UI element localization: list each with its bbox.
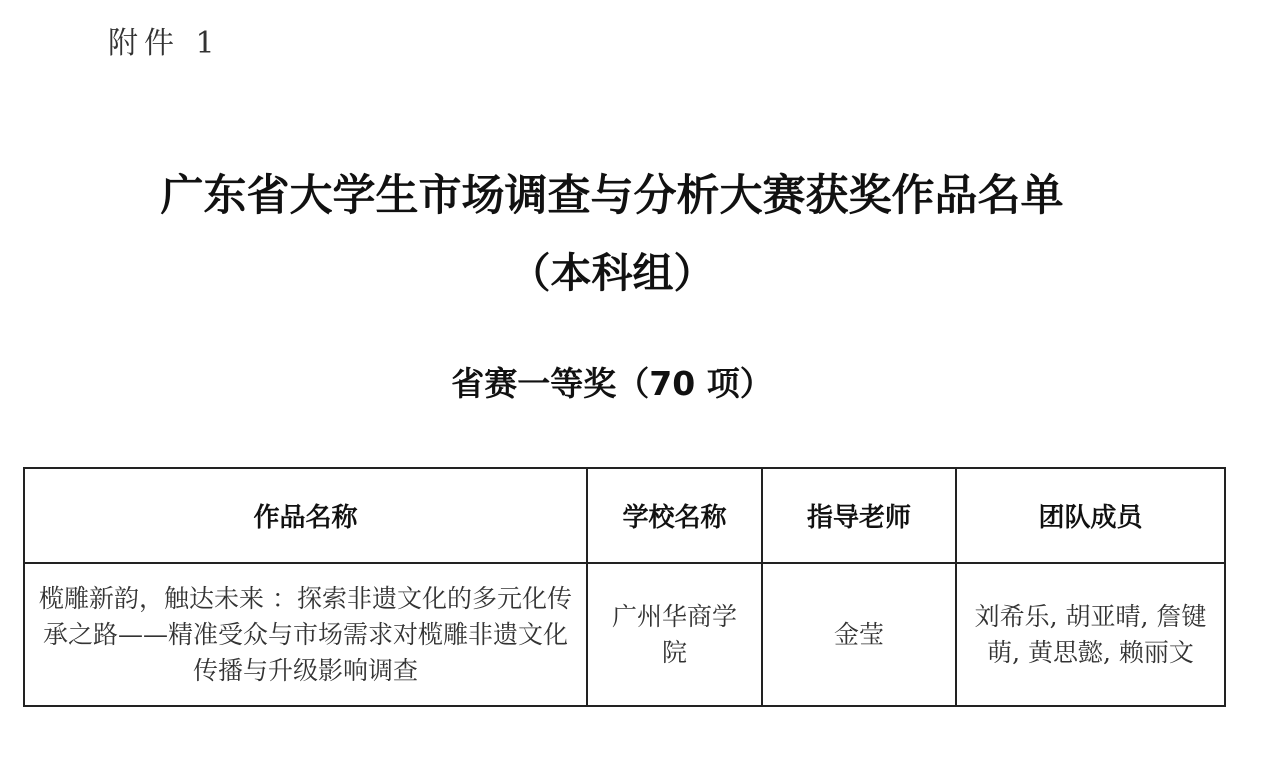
column-header-school: 学校名称 xyxy=(587,468,762,563)
cell-advisor: 金莹 xyxy=(762,563,956,706)
document-title: 广东省大学生市场调查与分析大赛获奖作品名单 xyxy=(0,162,1224,223)
table-row: 榄雕新韵，触达未来 ：探索非遗文化的多元化传承之路——精准受众与市场需求对榄雕非… xyxy=(24,563,1225,706)
document-subtitle: （本科组） xyxy=(0,240,1224,299)
column-header-team-members: 团队成员 xyxy=(956,468,1225,563)
column-header-work-title: 作品名称 xyxy=(24,468,587,563)
cell-team-members: 刘希乐, 胡亚晴, 詹键萌, 黄思懿, 赖丽文 xyxy=(956,563,1225,706)
cell-work-title: 榄雕新韵，触达未来 ：探索非遗文化的多元化传承之路——精准受众与市场需求对榄雕非… xyxy=(24,563,587,706)
cell-school: 广州华商学院 xyxy=(587,563,762,706)
attachment-label: 附件 1 xyxy=(108,18,221,62)
section-heading: 省赛一等奖（70 项） xyxy=(0,358,1224,405)
table-header-row: 作品名称 学校名称 指导老师 团队成员 xyxy=(24,468,1225,563)
column-header-advisor: 指导老师 xyxy=(762,468,956,563)
award-table: 作品名称 学校名称 指导老师 团队成员 榄雕新韵，触达未来 ：探索非遗文化的多元… xyxy=(23,467,1226,707)
